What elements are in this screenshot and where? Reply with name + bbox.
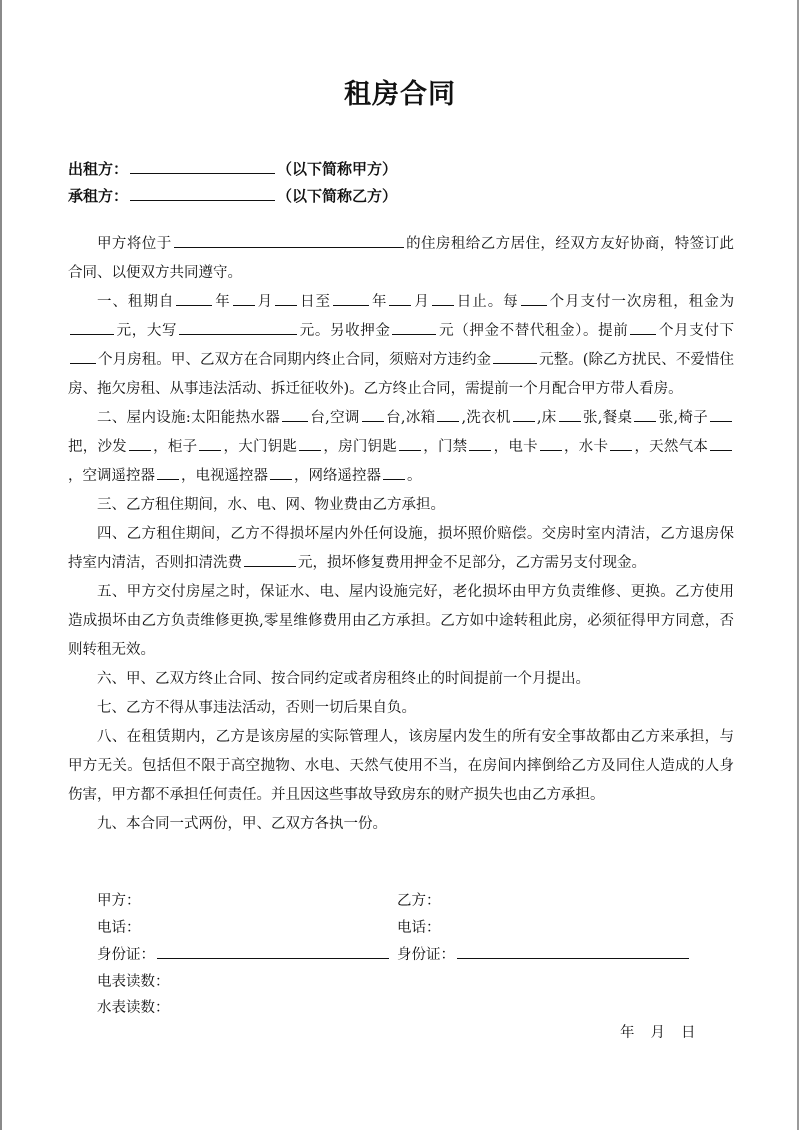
- article-1: 一、租期自年月日至年月日止。每个月支付一次房租，租金为元，大写元。另收押金元（押…: [68, 288, 734, 404]
- cabinet-blank[interactable]: [199, 436, 221, 451]
- a2-text: ，水卡: [564, 439, 608, 455]
- table-blank[interactable]: [634, 407, 656, 422]
- a1-text: 元。另收押金: [299, 323, 390, 339]
- date-month: 月: [651, 1025, 666, 1041]
- a1-text: 个月房租。甲、乙双方在合同期内终止合同，须赔对方违约金: [98, 352, 491, 368]
- penalty-blank[interactable]: [493, 349, 537, 364]
- washer-blank[interactable]: [513, 407, 535, 422]
- a2-text: ，网络遥控器: [294, 468, 381, 484]
- a2-text: ，柜子: [153, 439, 197, 455]
- ac-remote-blank[interactable]: [157, 465, 179, 480]
- article-9: 九、本合同一式两份，甲、乙双方各执一份。: [68, 810, 734, 839]
- a1-text: 年: [371, 294, 387, 310]
- contract-body: 甲方将位于的住房租给乙方居住，经双方友好协商，特签订此合同、以便双方共同遵守。 …: [68, 230, 734, 839]
- party-a-sign-label: 甲方：: [97, 889, 141, 910]
- a2-text: 台,空调: [310, 410, 360, 426]
- article-4: 四、乙方租住期间，乙方不得损坏屋内外任何设施，损坏照价赔偿。交房时室内清洁，乙方…: [68, 520, 734, 578]
- lessee-line: 承租方：（以下简称乙方）: [68, 185, 397, 206]
- a2-text: ,洗衣机: [461, 410, 510, 426]
- party-b-id-label: 身份证：: [397, 947, 455, 963]
- article-3: 三、乙方租住期间，水、电、网、物业费由乙方承担。: [68, 491, 734, 520]
- start-day-blank[interactable]: [275, 291, 297, 306]
- party-b-id-row: 身份证：: [397, 943, 691, 964]
- lessor-name-blank[interactable]: [130, 159, 275, 174]
- date-year: 年: [620, 1025, 635, 1041]
- a4-text: 元，损坏修复费用押金不足部分，乙方需另支付现金。: [298, 555, 646, 571]
- cleaning-fee-blank[interactable]: [244, 552, 296, 567]
- page-border-left: [0, 0, 2, 1130]
- lessor-suffix: （以下简称甲方）: [277, 160, 397, 178]
- a2-text: ，门禁: [423, 439, 467, 455]
- party-b-sign-label: 乙方：: [397, 889, 441, 910]
- document-title: 租房合同: [0, 72, 800, 111]
- a1-text: 日至: [299, 294, 331, 310]
- a1-text: 日止。每: [456, 294, 519, 310]
- party-a-id-row: 身份证：: [97, 943, 391, 964]
- a1-text: 个月支付一次房租，租金为: [549, 294, 734, 310]
- water-card-blank[interactable]: [610, 436, 632, 451]
- gas-book-blank[interactable]: [710, 436, 732, 451]
- lessor-label: 出租方：: [68, 160, 128, 178]
- electric-card-blank[interactable]: [540, 436, 562, 451]
- a2-text: ，大门钥匙: [223, 439, 297, 455]
- party-a-id-blank[interactable]: [157, 944, 389, 959]
- intro-text-1: 甲方将位于: [97, 236, 172, 252]
- property-address-blank[interactable]: [174, 233, 404, 248]
- a2-text: 台,冰箱: [386, 410, 436, 426]
- a1-text: 月: [413, 294, 429, 310]
- water-heater-blank[interactable]: [282, 407, 308, 422]
- start-month-blank[interactable]: [233, 291, 255, 306]
- date-day: 日: [681, 1025, 696, 1041]
- a1-text: 个月支付下: [658, 323, 734, 339]
- room-key-blank[interactable]: [399, 436, 421, 451]
- signing-date: 年月日: [620, 1021, 712, 1042]
- electric-meter-label: 电表读数：: [97, 970, 170, 991]
- a1-text: 年: [214, 294, 230, 310]
- water-meter-label: 水表读数：: [97, 996, 170, 1017]
- article-8: 八、在租赁期内，乙方是该房屋的实际管理人，该房屋内发生的所有安全事故都由乙方来承…: [68, 723, 734, 810]
- access-card-blank[interactable]: [469, 436, 491, 451]
- sofa-blank[interactable]: [129, 436, 151, 451]
- a1-text: 元，大写: [116, 323, 177, 339]
- start-year-blank[interactable]: [176, 291, 212, 306]
- article-5: 五、甲方交付房屋之时，保证水、电、屋内设施完好，老化损坏由甲方负责维修、更换。乙…: [68, 578, 734, 665]
- a2-text: 把，沙发: [68, 439, 127, 455]
- party-a-phone-label: 电话：: [97, 916, 141, 937]
- a2-text: 张,椅子: [658, 410, 708, 426]
- party-b-phone-label: 电话：: [397, 916, 441, 937]
- lessor-line: 出租方：（以下简称甲方）: [68, 158, 397, 179]
- article-7: 七、乙方不得从事违法活动，否则一切后果自负。: [68, 694, 734, 723]
- rent-amount-blank[interactable]: [70, 320, 114, 335]
- advance-months-blank[interactable]: [630, 320, 656, 335]
- a2-text: 张,餐桌: [583, 410, 633, 426]
- a1-text: 一、租期自: [97, 294, 174, 310]
- a2-text: ，电卡: [493, 439, 537, 455]
- a2-text: ，电视遥控器: [181, 468, 268, 484]
- lessee-name-blank[interactable]: [130, 186, 275, 201]
- page-border-right: [797, 0, 799, 1130]
- main-door-key-blank[interactable]: [299, 436, 321, 451]
- tv-remote-blank[interactable]: [270, 465, 292, 480]
- a1-text: 元（押金不替代租金）。提前: [438, 323, 628, 339]
- end-year-blank[interactable]: [333, 291, 369, 306]
- a2-text: ，空调遥控器: [68, 468, 155, 484]
- chair-blank[interactable]: [710, 407, 732, 422]
- a2-text: ,床: [537, 410, 557, 426]
- article-2: 二、屋内设施:太阳能热水器台,空调台,冰箱,洗衣机,床张,餐桌张,椅子把，沙发，…: [68, 404, 734, 491]
- party-b-id-blank[interactable]: [457, 944, 689, 959]
- rent-amount-words-blank[interactable]: [179, 320, 297, 335]
- deposit-blank[interactable]: [392, 320, 436, 335]
- payment-interval-blank[interactable]: [521, 291, 547, 306]
- end-day-blank[interactable]: [432, 291, 454, 306]
- a2-text: 。: [407, 468, 422, 484]
- next-months-blank[interactable]: [70, 349, 96, 364]
- fridge-blank[interactable]: [437, 407, 459, 422]
- intro-paragraph: 甲方将位于的住房租给乙方居住，经双方友好协商，特签订此合同、以便双方共同遵守。: [68, 230, 734, 288]
- a2-text: 二、屋内设施:太阳能热水器: [97, 410, 280, 426]
- lessee-suffix: （以下简称乙方）: [277, 187, 397, 205]
- end-month-blank[interactable]: [389, 291, 411, 306]
- ac-blank[interactable]: [362, 407, 384, 422]
- network-remote-blank[interactable]: [383, 465, 405, 480]
- lessee-label: 承租方：: [68, 187, 128, 205]
- a2-text: ，房门钥匙: [323, 439, 397, 455]
- party-a-id-label: 身份证：: [97, 947, 155, 963]
- bed-blank[interactable]: [559, 407, 581, 422]
- a2-text: ，天然气本: [634, 439, 708, 455]
- a1-text: 月: [257, 294, 273, 310]
- article-6: 六、甲、乙双方终止合同、按合同约定或者房租终止的时间提前一个月提出。: [68, 665, 734, 694]
